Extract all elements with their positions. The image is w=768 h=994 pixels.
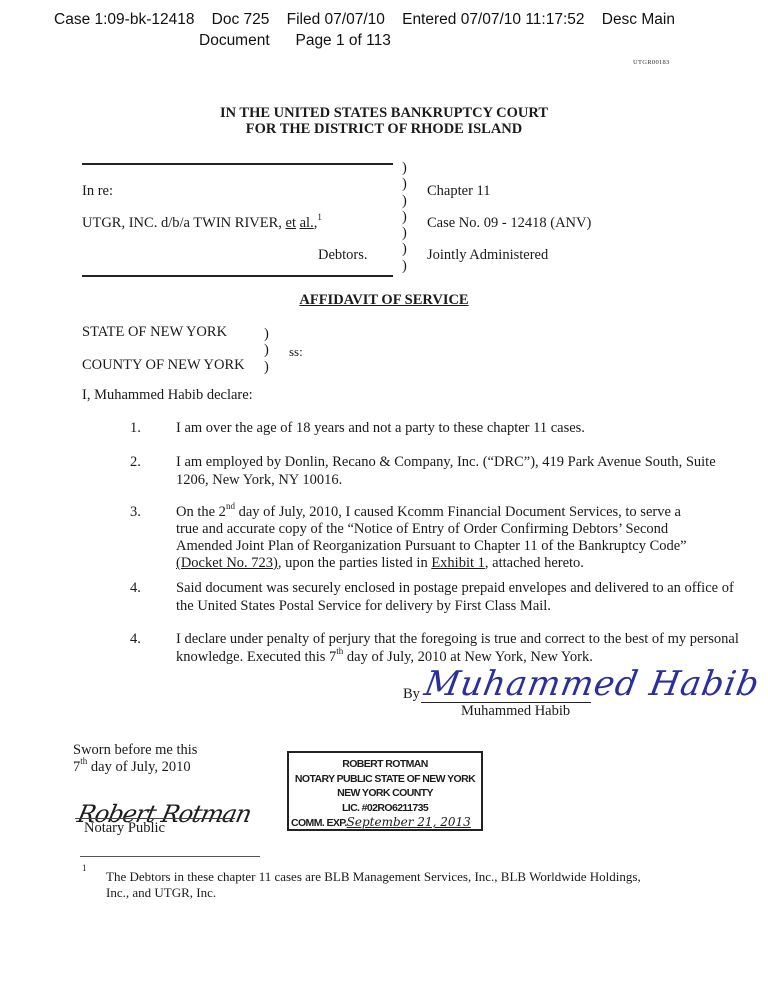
paragraph-5-number: 4. (130, 631, 141, 648)
paragraph-5-text: I declare under penalty of perjury that … (176, 631, 741, 666)
stamp-title: NOTARY PUBLIC STATE OF NEW YORK (289, 772, 481, 787)
caption-top-rule (82, 163, 393, 165)
footnote-marker: 1 (82, 863, 87, 873)
filing-header-line1: Case 1:09-bk-12418 Doc 725 Filed 07/07/1… (54, 11, 675, 29)
court-name: IN THE UNITED STATES BANKRUPTCY COURT FO… (0, 105, 768, 137)
paragraph-2-text: I am employed by Donlin, Recano & Compan… (176, 454, 731, 489)
caption-parens: ) ) ) ) ) ) ) (402, 160, 407, 274)
paragraph-4-number: 4. (130, 580, 141, 597)
notary-public-label: Notary Public (84, 820, 165, 837)
document-title: AFFIDAVIT OF SERVICE (0, 292, 768, 309)
case-number: Case No. 09 - 12418 (ANV) (427, 215, 591, 232)
stamp-commission-expiry: COMM. EXP.September 21, 2013 (289, 815, 481, 831)
paragraph-3-number: 3. (130, 504, 141, 521)
venue-ss: ss: (289, 344, 303, 360)
stamp-name: ROBERT ROTMAN (289, 757, 481, 772)
caption-bottom-rule (82, 275, 393, 277)
declarant-intro: I, Muhammed Habib declare: (82, 387, 253, 404)
court-name-line1: IN THE UNITED STATES BANKRUPTCY COURT (0, 105, 768, 121)
notary-stamp: ROBERT ROTMAN NOTARY PUBLIC STATE OF NEW… (287, 751, 483, 831)
court-name-line2: FOR THE DISTRICT OF RHODE ISLAND (0, 121, 768, 137)
footnote-ref: 1 (317, 212, 322, 222)
stamp-license: LIC. #02RO6211735 (289, 801, 481, 816)
sworn-statement: Sworn before me this 7th day of July, 20… (73, 742, 197, 776)
bates-number: UTGR00183 (633, 59, 670, 66)
venue-state: STATE OF NEW YORK (82, 324, 227, 341)
jointly-administered-label: Jointly Administered (427, 247, 548, 264)
venue-parens: ) ) ) (264, 326, 269, 375)
stamp-county: NEW YORK COUNTY (289, 786, 481, 801)
notary-signature-line (75, 818, 235, 819)
venue-county: COUNTY OF NEW YORK (82, 357, 245, 374)
paragraph-4-text: Said document was securely enclosed in p… (176, 580, 741, 615)
declarant-signature: Muhammed Habib (421, 664, 762, 704)
footnote-separator (80, 856, 260, 857)
chapter-label: Chapter 11 (427, 183, 491, 200)
paragraph-1-text: I am over the age of 18 years and not a … (176, 420, 736, 438)
paragraph-3-text: On the 2nd day of July, 2010, I caused K… (176, 504, 696, 572)
debtor-name: UTGR, INC. d/b/a TWIN RIVER, et al.,1 (82, 215, 322, 232)
docket-reference: (Docket No. 723) (176, 555, 278, 571)
declarant-printed-name: Muhammed Habib (461, 703, 570, 720)
footnote-text: The Debtors in these chapter 11 cases ar… (106, 869, 666, 900)
exhibit-reference: Exhibit 1 (431, 555, 485, 571)
debtors-label: Debtors. (318, 247, 368, 264)
paragraph-2-number: 2. (130, 454, 141, 471)
filing-header-line2: Document Page 1 of 113 (199, 32, 391, 50)
in-re-label: In re: (82, 183, 113, 200)
by-label: By (403, 686, 420, 703)
paragraph-1-number: 1. (130, 420, 141, 437)
